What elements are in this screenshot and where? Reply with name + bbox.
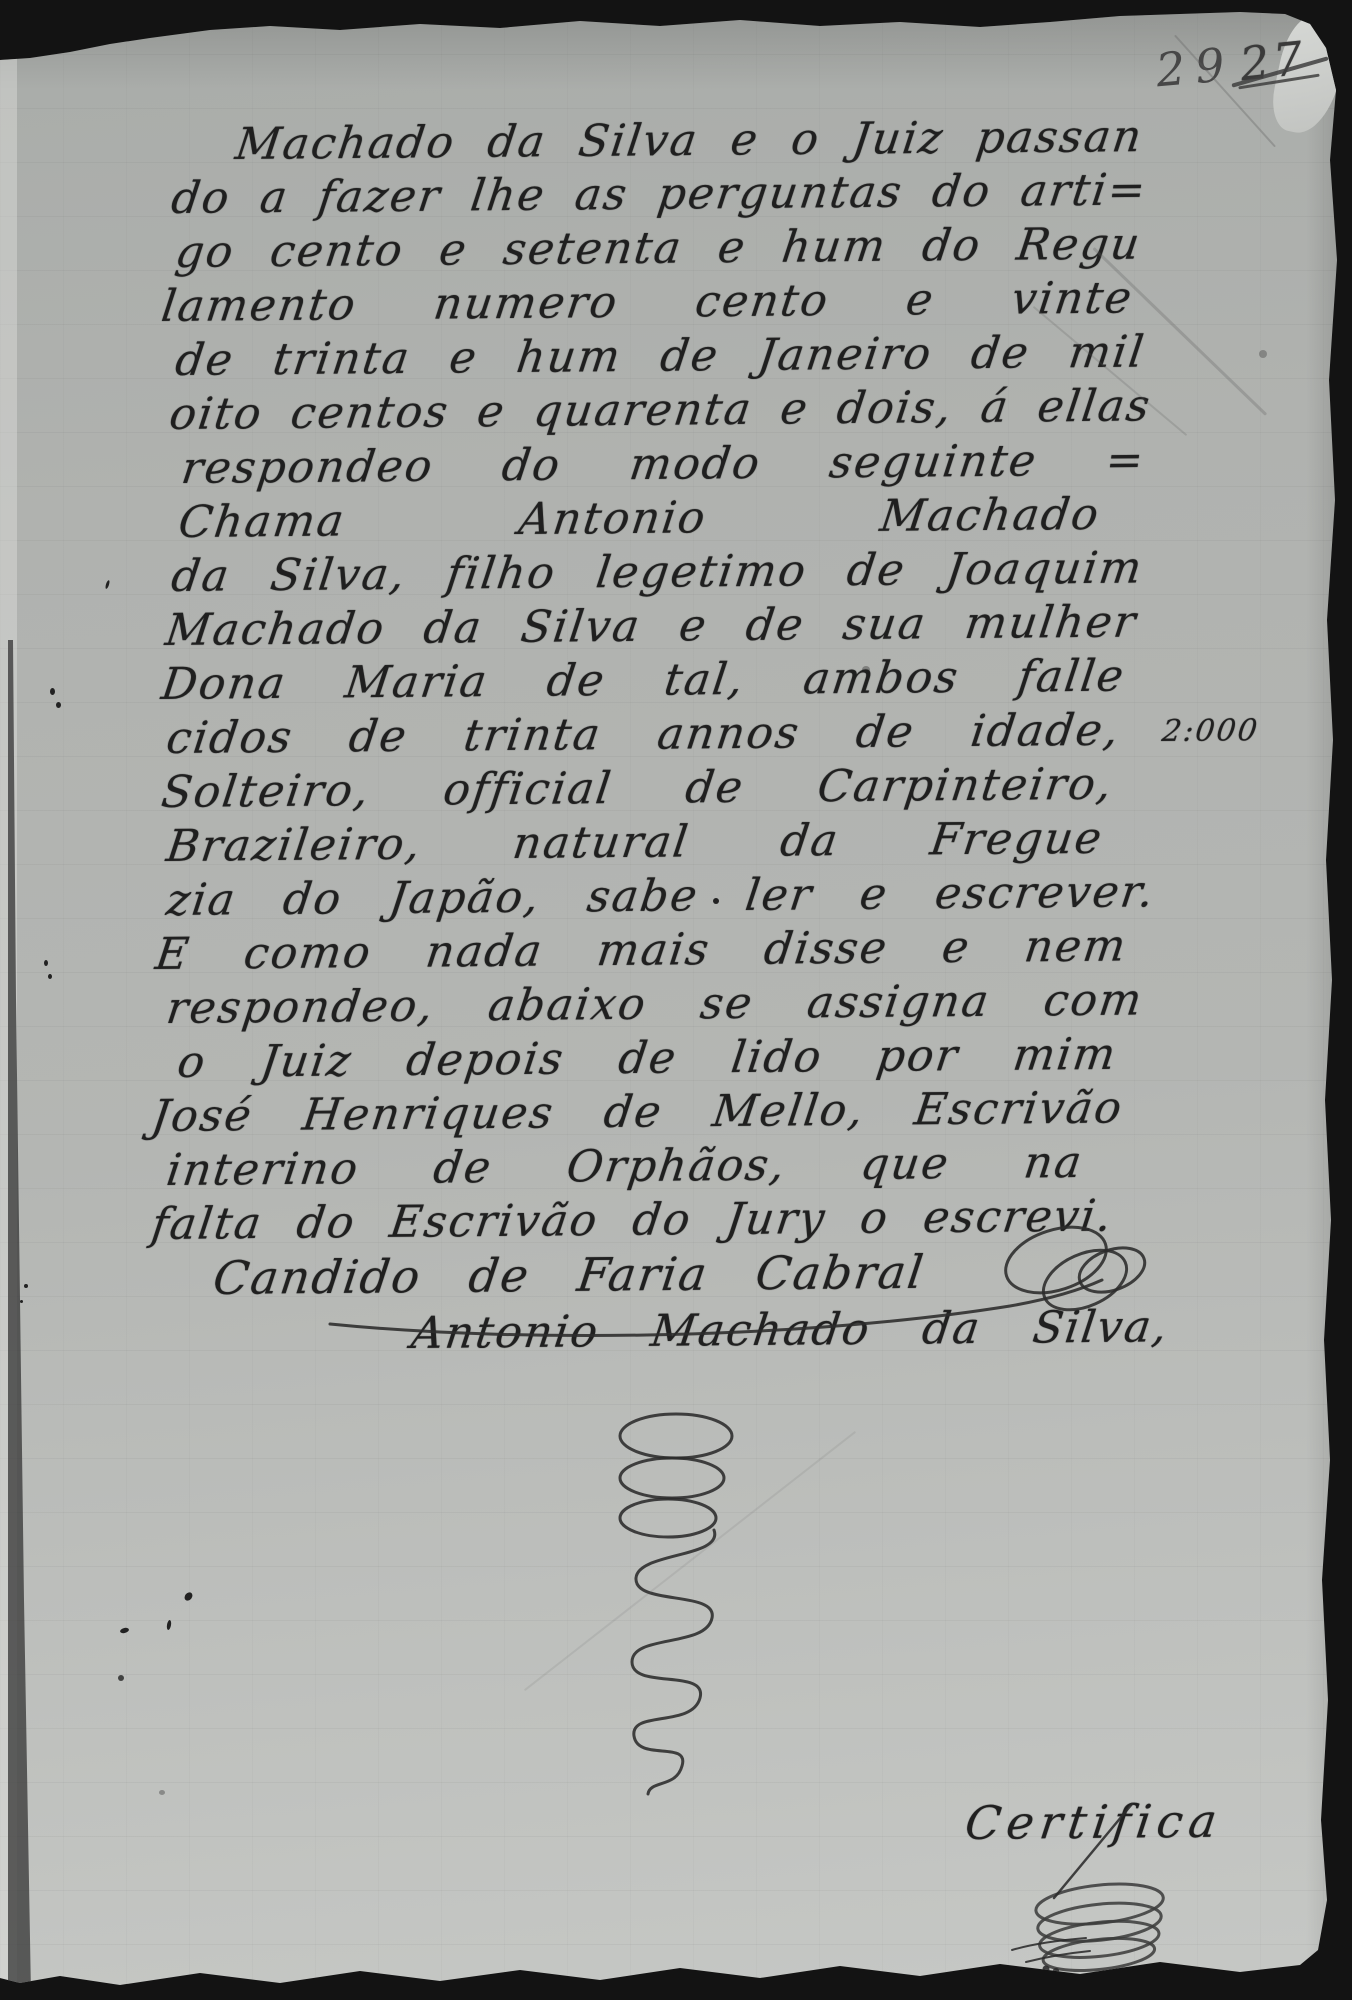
ink-speck <box>20 1300 23 1303</box>
ink-speck <box>50 688 55 695</box>
torn-edge-shadow <box>0 10 1352 90</box>
scanned-manuscript: 29 27 Machado da Silva e o Juiz passan d… <box>0 0 1352 2000</box>
manuscript-page: 29 27 Machado da Silva e o Juiz passan d… <box>0 0 1352 2000</box>
ink-speck <box>118 1675 124 1681</box>
ink-speck <box>24 1284 28 1288</box>
ink-speck <box>44 960 48 966</box>
ink-speck <box>56 702 61 708</box>
margin-note-amount: 2:000 <box>1160 713 1261 749</box>
signature-flourish <box>250 1222 1180 1347</box>
ink-speck <box>1259 350 1267 358</box>
ink-speck <box>48 974 52 979</box>
ink-speck <box>159 1790 165 1795</box>
right-edge-shadow <box>1306 0 1352 2000</box>
ink-speck <box>713 898 719 904</box>
ink-speck <box>862 666 870 673</box>
certify-coil-flourish <box>1002 1792 1202 1977</box>
